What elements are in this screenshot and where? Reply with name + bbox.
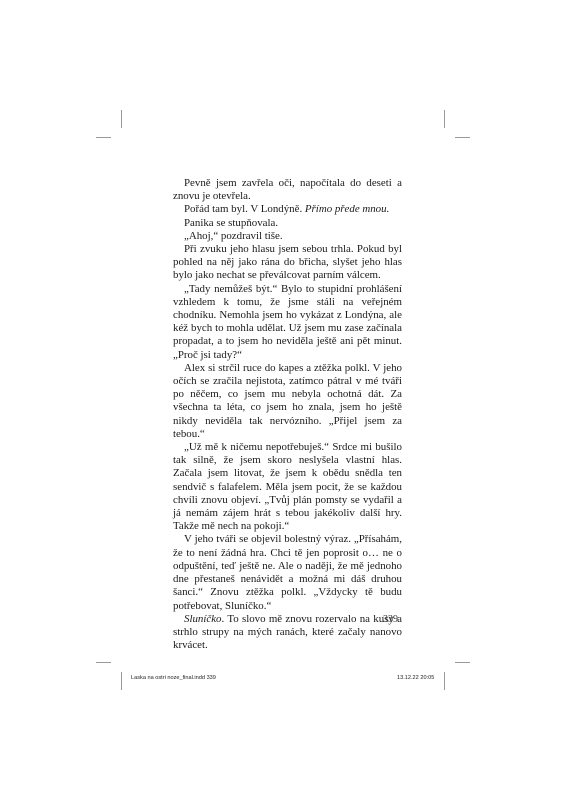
paragraph: „Už mě k ničemu nepotřebuješ.“ Srdce mi …: [173, 441, 402, 533]
paragraph: „Tady nemůžeš být.“ Bylo to stupidní pro…: [173, 283, 402, 362]
italic-text: Přímo přede mnou.: [305, 203, 389, 215]
text-run: V jeho tváři se objevil bolestný výraz. …: [173, 533, 402, 611]
text-run: Při zvuku jeho hlasu jsem sebou trhla. P…: [173, 243, 402, 281]
text-run: Pevně jsem zavřela oči, napočítala do de…: [173, 177, 402, 202]
crop-mark-top-right-horizontal: [455, 137, 470, 138]
crop-mark-top-right-vertical: [444, 110, 445, 128]
paragraph: „Ahoj,“ pozdravil tiše.: [173, 230, 402, 243]
text-run: Pořád tam byl. V Londýně.: [184, 203, 305, 215]
paragraph: Alex si strčil ruce do kapes a ztěžka po…: [173, 362, 402, 441]
paragraph: Při zvuku jeho hlasu jsem sebou trhla. P…: [173, 243, 402, 283]
text-run: Panika se stupňovala.: [184, 217, 278, 229]
paragraph: Pevně jsem zavřela oči, napočítala do de…: [173, 177, 402, 203]
page-number: 339: [383, 614, 398, 625]
body-text: Pevně jsem zavřela oči, napočítala do de…: [173, 177, 402, 652]
crop-mark-bottom-right-horizontal: [455, 662, 470, 663]
paragraph: Pořád tam byl. V Londýně. Přímo přede mn…: [173, 203, 402, 216]
slug-datetime: 13.12.22 20:05: [397, 675, 434, 681]
paragraph: Sluníčko. To slovo mě znovu rozervalo na…: [173, 613, 402, 653]
text-run: „Už mě k ničemu nepotřebuješ.“ Srdce mi …: [173, 441, 402, 532]
slug-filename: Laska na ostri noze_final.indd 339: [131, 675, 216, 681]
text-run: „Tady nemůžeš být.“ Bylo to stupidní pro…: [173, 283, 402, 361]
crop-mark-bottom-left-horizontal: [96, 662, 111, 663]
italic-text: Sluníčko: [184, 613, 222, 625]
crop-mark-top-left-vertical: [121, 110, 122, 128]
text-run: „Ahoj,“ pozdravil tiše.: [184, 230, 283, 242]
crop-mark-bottom-right-vertical: [444, 672, 445, 690]
crop-mark-bottom-left-vertical: [121, 672, 122, 690]
crop-mark-top-left-horizontal: [96, 137, 111, 138]
text-run: Alex si strčil ruce do kapes a ztěžka po…: [173, 362, 402, 440]
paragraph: V jeho tváři se objevil bolestný výraz. …: [173, 533, 402, 612]
paragraph: Panika se stupňovala.: [173, 217, 402, 230]
